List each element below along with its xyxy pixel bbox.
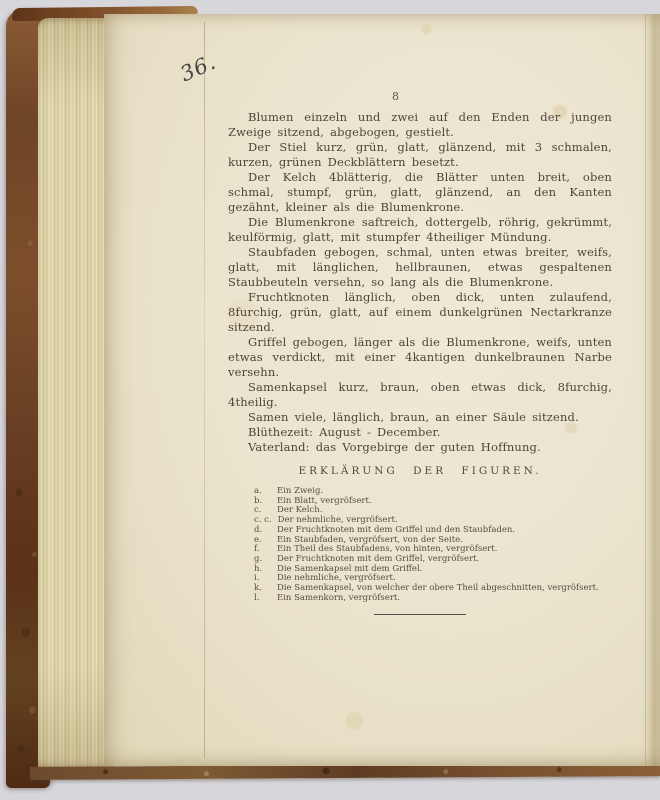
paragraph: Blumen einzeln und zwei auf den Enden de…	[228, 110, 612, 140]
figures-list: a. Ein Zweig. b. Ein Blatt, vergröfsert.…	[254, 487, 612, 603]
book-page: 36. 8 Blumen einzeln und zwei auf den En…	[104, 14, 660, 766]
figures-heading: ERKLÄRUNG DER FIGUREN.	[228, 465, 612, 477]
figure-item: l. Ein Samenkorn, vergröfsert.	[254, 594, 612, 604]
paragraph: Fruchtknoten länglich, oben dick, unten …	[228, 290, 612, 335]
figure-text: Ein Blatt, vergröfsert.	[277, 497, 612, 507]
paragraph: Der Kelch 4blätterig, die Blätter unten …	[228, 170, 612, 215]
page-number: 8	[392, 90, 399, 103]
paragraph: Der Stiel kurz, grün, glatt, glänzend, m…	[228, 140, 612, 170]
figure-label: l.	[254, 594, 271, 604]
page-right-edge	[645, 14, 660, 766]
underlying-page-edge	[204, 22, 205, 758]
paragraph: Griffel gebogen, länger als die Blumenkr…	[228, 335, 612, 380]
page-edges-stack	[38, 18, 114, 770]
end-rule	[374, 614, 466, 615]
figure-text: Ein Samenkorn, vergröfsert.	[277, 594, 612, 604]
text-column: Blumen einzeln und zwei auf den Enden de…	[228, 110, 612, 615]
paragraph: Die Blumenkrone saftreich, dottergelb, r…	[228, 215, 612, 245]
handwritten-folio-number: 36.	[177, 50, 220, 87]
paragraph: Staubfaden gebogen, schmal, unten etwas …	[228, 245, 612, 290]
paragraph: Samenkapsel kurz, braun, oben etwas dick…	[228, 380, 612, 410]
paragraph: Samen viele, länglich, braun, an einer S…	[228, 410, 612, 425]
paragraph: Vaterland: das Vorgebirge der guten Hoff…	[228, 440, 612, 455]
book-scan: 36. 8 Blumen einzeln und zwei auf den En…	[0, 0, 660, 800]
paragraph: Blüthezeit: August - December.	[228, 425, 612, 440]
